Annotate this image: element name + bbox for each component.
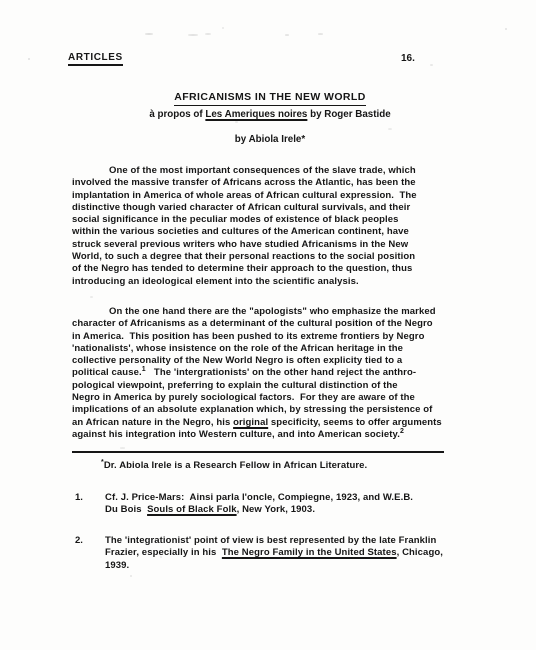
scan-speck (90, 296, 93, 298)
text-segment: pological viewpoint, preferring to expla… (72, 380, 398, 391)
text-segment: of the Negro has tended to determine the… (72, 263, 412, 274)
text-segment: The 'intergrationists' on the other hand… (146, 367, 416, 378)
text-line: Negro in America by purely sociological … (72, 392, 482, 404)
text-segment: One of the most important consequences o… (109, 165, 416, 176)
title-block: AFRICANISMS IN THE NEW WORLD à propos of… (72, 89, 468, 146)
underlined-text: Les Ameriques noires (205, 109, 307, 120)
text-segment: à propos of (149, 109, 205, 120)
footnote-item: 1.Cf. J. Price-Mars: Ainsi parla l'oncle… (75, 492, 413, 517)
scan-speck (505, 28, 507, 30)
scan-speck (222, 27, 224, 29)
scan-speck (145, 33, 153, 35)
article-subtitle: à propos of Les Ameriques noires by Roge… (72, 108, 468, 121)
article-byline: by Abiola Irele* (72, 133, 468, 146)
scan-speck (235, 121, 238, 123)
footnote-reference: 2 (400, 428, 404, 435)
underlined-text: original (233, 417, 268, 428)
scan-speck (318, 33, 323, 35)
text-line: On the one hand there are the "apologist… (72, 306, 482, 318)
footnote-text: The 'integrationist' point of view is be… (105, 535, 443, 572)
title-line: AFRICANISMS IN THE NEW WORLD (72, 89, 468, 106)
text-segment: involved the massive transfer of African… (72, 177, 416, 188)
scan-speck (430, 64, 433, 66)
page-number: 16. (401, 53, 415, 64)
text-segment: introducing an ideological element into … (72, 276, 359, 287)
text-line: Frazier, especially in his The Negro Fam… (105, 547, 443, 559)
scan-speck (160, 556, 162, 558)
text-segment: , Chicago, (397, 547, 443, 558)
text-segment: collective personality of the New World … (72, 355, 402, 366)
text-line: The 'integrationist' point of view is be… (105, 535, 443, 547)
text-line: within the various societies and culture… (72, 226, 482, 238)
text-line: Du Bois Souls of Black Folk, New York, 1… (105, 504, 413, 516)
text-segment: Negro in America by purely sociological … (72, 392, 415, 403)
text-segment: against his integration into Western cul… (72, 429, 400, 440)
text-segment: social significance in the peculiar mode… (72, 214, 399, 225)
text-line: pological viewpoint, preferring to expla… (72, 380, 482, 392)
text-line: character of Africanisms as a determinan… (72, 318, 482, 330)
text-line: 1939. (105, 560, 443, 572)
scan-speck (28, 58, 30, 60)
text-segment: within the various societies and culture… (72, 226, 409, 237)
text-segment: On the one hand there are the "apologist… (109, 306, 436, 317)
text-line: World, to such a degree that their perso… (72, 251, 482, 263)
text-segment: Dr. Abiola Irele is a Research Fellow in… (104, 460, 367, 471)
text-segment: political cause. (72, 367, 142, 378)
text-segment: Du Bois (105, 504, 147, 515)
footnote-separator-rule (72, 451, 444, 453)
scan-speck (188, 34, 198, 36)
text-line: implantation in America of whole areas o… (72, 190, 482, 202)
text-line: an African nature in the Negro, his orig… (72, 417, 482, 429)
scan-speck (130, 575, 132, 577)
text-line: of the Negro has tended to determine the… (72, 263, 482, 275)
text-line: distinctive though varied character of A… (72, 202, 482, 214)
footnote-number: 2. (75, 535, 105, 572)
body-paragraph: One of the most important consequences o… (72, 165, 482, 288)
text-line: in America. This position has been pushe… (72, 331, 482, 343)
underlined-text: The Negro Family in the United States (222, 547, 397, 558)
text-line: against his integration into Western cul… (72, 429, 482, 441)
underlined-text: Souls of Black Folk (147, 504, 237, 515)
author-note: *Dr. Abiola Irele is a Research Fellow i… (101, 460, 367, 471)
article-title: AFRICANISMS IN THE NEW WORLD (174, 91, 365, 106)
text-line: political cause.1 The 'intergrationists'… (72, 367, 482, 379)
text-segment: The 'integrationist' point of view is be… (105, 535, 436, 546)
text-segment: distinctive though varied character of A… (72, 202, 410, 213)
text-segment: struck several previous writers who have… (72, 239, 408, 250)
text-line: involved the massive transfer of African… (72, 177, 482, 189)
text-line: introducing an ideological element into … (72, 276, 482, 288)
text-line: 'nationalists', whose insistence on the … (72, 343, 482, 355)
text-segment: implantation in America of whole areas o… (72, 190, 417, 201)
text-segment: an African nature in the Negro, his (72, 417, 233, 428)
text-segment: World, to such a degree that their perso… (72, 251, 415, 262)
text-line: One of the most important consequences o… (72, 165, 482, 177)
body-paragraph: On the one hand there are the "apologist… (72, 306, 482, 441)
text-line: implications of an absolute explanation … (72, 404, 482, 416)
text-segment: 1939. (105, 560, 129, 571)
text-line: Cf. J. Price-Mars: Ainsi parla l'oncle, … (105, 492, 413, 504)
text-line: struck several previous writers who have… (72, 239, 482, 251)
scan-speck (285, 34, 289, 36)
footnote-text: Cf. J. Price-Mars: Ainsi parla l'oncle, … (105, 492, 413, 517)
text-line: social significance in the peculiar mode… (72, 214, 482, 226)
header-section-label: ARTICLES (68, 52, 123, 66)
text-segment: implications of an absolute explanation … (72, 404, 432, 415)
scan-speck (388, 128, 392, 130)
text-line: collective personality of the New World … (72, 355, 482, 367)
scanned-document-page: ARTICLES 16. AFRICANISMS IN THE NEW WORL… (0, 0, 536, 650)
footnote-item: 2.The 'integrationist' point of view is … (75, 535, 443, 572)
scan-speck (120, 447, 125, 449)
text-segment: Frazier, especially in his (105, 547, 222, 558)
text-segment: in America. This position has been pushe… (72, 331, 425, 342)
text-segment: by Roger Bastide (307, 109, 390, 120)
text-segment: Cf. J. Price-Mars: Ainsi parla l'oncle, … (105, 492, 413, 503)
text-segment: specificity, seems to offer arguments (268, 417, 442, 428)
text-segment: character of Africanisms as a determinan… (72, 318, 433, 329)
text-segment: , New York, 1903. (237, 504, 315, 515)
footnote-number: 1. (75, 492, 105, 517)
text-segment: 'nationalists', whose insistence on the … (72, 343, 403, 354)
scan-speck (205, 33, 211, 35)
